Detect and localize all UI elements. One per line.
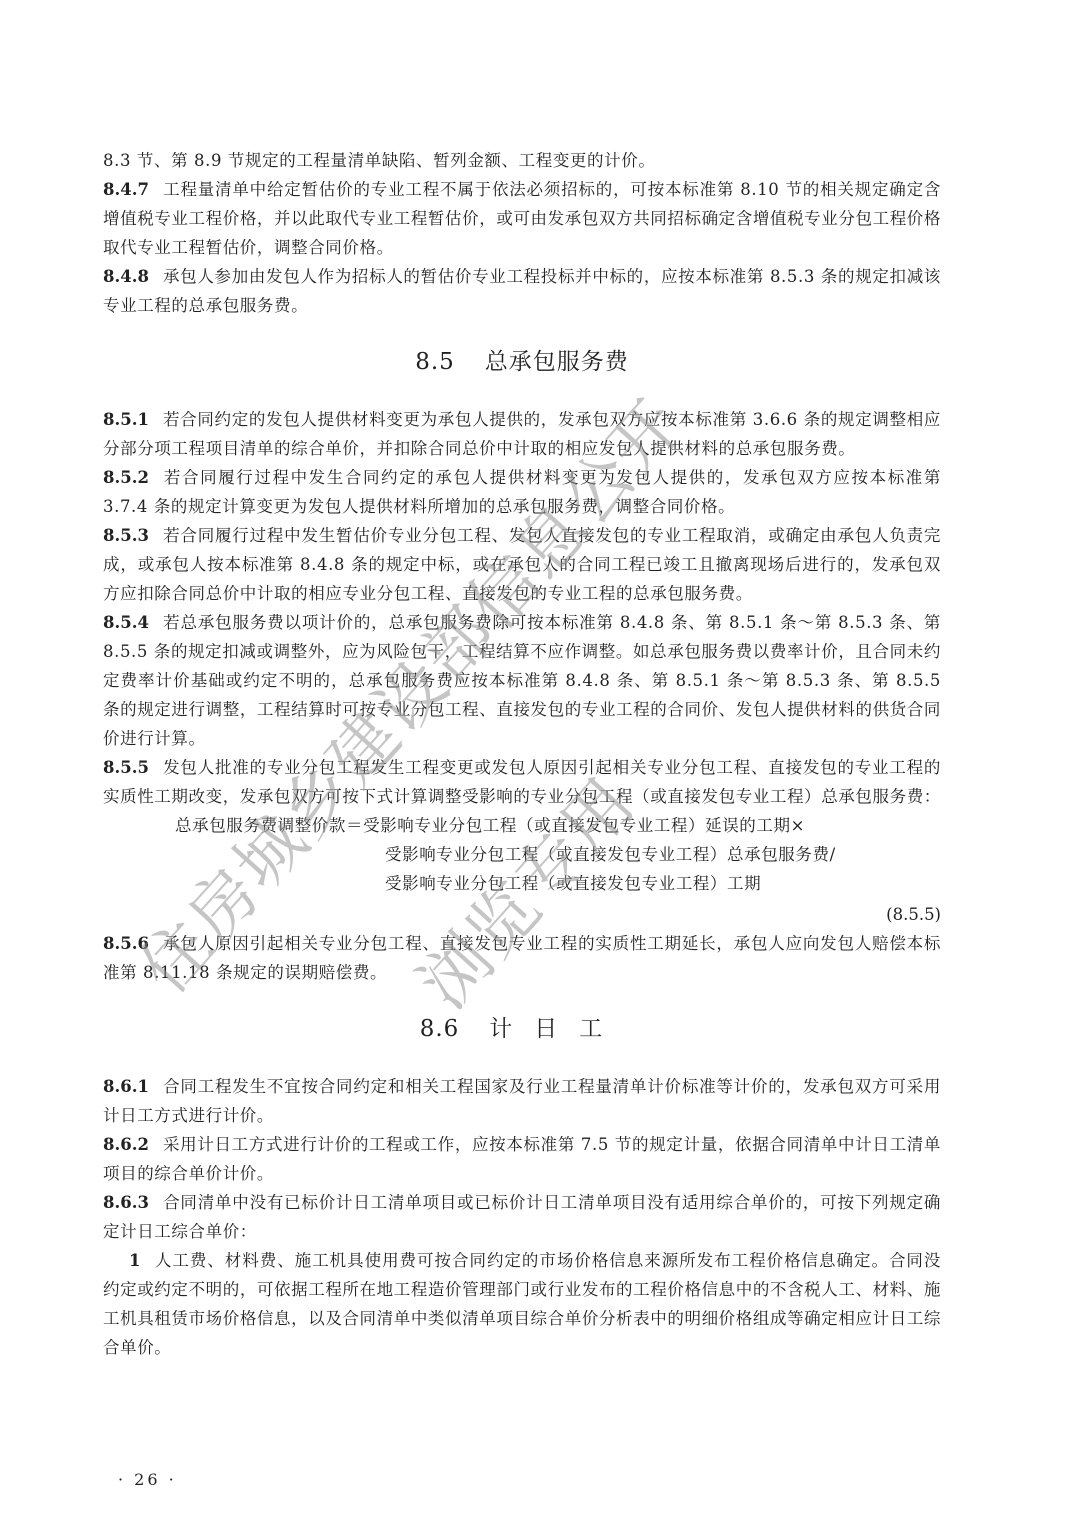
- paragraph-text: 8.3 节、第 8.9 节规定的工程量清单缺陷、暂列金额、工程变更的计价。: [103, 151, 655, 170]
- clause-text: 工程量清单中给定暂估价的专业工程不属于依法必须招标的，可按本标准第 8.10 节…: [103, 180, 941, 257]
- clause-number: 8.5.1: [103, 410, 149, 429]
- clause-8-6-3: 8.6.3合同清单中没有已标价计日工清单项目或已标价计日工清单项目没有适用综合单…: [103, 1188, 941, 1246]
- clause-text: 发包人批准的专业分包工程发生工程变更或发包人原因引起相关专业分包工程、直接发包的…: [103, 758, 941, 806]
- section-heading-8-5: 8.5总承包服务费: [103, 347, 941, 377]
- clause-text: 若总承包服务费以项计价的，总承包服务费除可按本标准第 8.4.8 条、第 8.5…: [103, 613, 941, 748]
- clause-8-5-2: 8.5.2若合同履行过程中发生合同约定的承包人提供材料变更为发包人提供的，发承包…: [103, 463, 941, 521]
- clause-8-6-3-item-1: 1人工费、材料费、施工机具使用费可按合同约定的市场价格信息来源所发布工程价格信息…: [103, 1246, 941, 1362]
- formula-8-5-5: 总承包服务费调整价款＝受影响专业分包工程（或直接发包专业工程）延误的工期× 受影…: [103, 811, 941, 898]
- clause-text: 若合同履行过程中发生合同约定的承包人提供材料变更为发包人提供的，发承包双方应按本…: [103, 468, 941, 516]
- section-title: 总承包服务费: [485, 349, 629, 375]
- document-page: 8.3 节、第 8.9 节规定的工程量清单缺陷、暂列金额、工程变更的计价。 8.…: [103, 146, 941, 1362]
- clause-8-5-6: 8.5.6承包人原因引起相关专业分包工程、直接发包专业工程的实质性工期延长，承包…: [103, 929, 941, 987]
- clause-number: 8.5.3: [103, 526, 149, 545]
- clause-8-4-7: 8.4.7工程量清单中给定暂估价的专业工程不属于依法必须招标的，可按本标准第 8…: [103, 175, 941, 262]
- clause-number: 8.5.2: [103, 468, 149, 487]
- formula-line-3: 受影响专业分包工程（或直接发包专业工程）工期: [103, 869, 941, 898]
- clause-text: 合同工程发生不宜按合同约定和相关工程国家及行业工程量清单计价标准等计价的，发承包…: [103, 1077, 941, 1125]
- clause-8-5-3: 8.5.3若合同履行过程中发生暂估价专业分包工程、发包人直接发包的专业工程取消，…: [103, 521, 941, 608]
- section-title: 计日工: [489, 1016, 624, 1042]
- clause-text: 承包人原因引起相关专业分包工程、直接发包专业工程的实质性工期延长，承包人应向发包…: [103, 934, 941, 982]
- clause-8-5-1: 8.5.1若合同约定的发包人提供材料变更为承包人提供的，发承包双方应按本标准第 …: [103, 405, 941, 463]
- clause-text: 若合同约定的发包人提供材料变更为承包人提供的，发承包双方应按本标准第 3.6.6…: [103, 410, 941, 458]
- clause-8-5-4: 8.5.4若总承包服务费以项计价的，总承包服务费除可按本标准第 8.4.8 条、…: [103, 608, 941, 753]
- clause-text: 若合同履行过程中发生暂估价专业分包工程、发包人直接发包的专业工程取消，或确定由承…: [103, 526, 941, 603]
- clause-8-6-1: 8.6.1合同工程发生不宜按合同约定和相关工程国家及行业工程量清单计价标准等计价…: [103, 1072, 941, 1130]
- clause-text: 采用计日工方式进行计价的工程或工作，应按本标准第 7.5 节的规定计量，依据合同…: [103, 1135, 941, 1183]
- page-number: · 26 ·: [118, 1470, 177, 1489]
- clause-number: 8.4.8: [103, 267, 149, 286]
- item-text: 人工费、材料费、施工机具使用费可按合同约定的市场价格信息来源所发布工程价格信息确…: [103, 1251, 941, 1357]
- clause-number: 8.4.7: [103, 180, 149, 199]
- clause-8-4-8: 8.4.8承包人参加由发包人作为招标人的暂估价专业工程投标并中标的，应按本标准第…: [103, 262, 941, 320]
- clause-number: 8.5.5: [103, 758, 149, 777]
- section-number: 8.6: [420, 1016, 460, 1042]
- formula-line-2: 受影响专业分包工程（或直接发包专业工程）总承包服务费/: [103, 840, 941, 869]
- item-number: 1: [129, 1251, 140, 1270]
- clause-number: 8.5.6: [103, 934, 149, 953]
- clause-number: 8.6.1: [103, 1077, 149, 1096]
- equation-number: (8.5.5): [103, 900, 941, 929]
- clause-number: 8.6.2: [103, 1135, 149, 1154]
- clause-text: 合同清单中没有已标价计日工清单项目或已标价计日工清单项目没有适用综合单价的，可按…: [103, 1193, 941, 1241]
- section-number: 8.5: [415, 349, 455, 375]
- carry-over-paragraph: 8.3 节、第 8.9 节规定的工程量清单缺陷、暂列金额、工程变更的计价。: [103, 146, 941, 175]
- section-heading-8-6: 8.6计日工: [103, 1014, 941, 1044]
- formula-line-1: 总承包服务费调整价款＝受影响专业分包工程（或直接发包专业工程）延误的工期×: [103, 811, 941, 840]
- clause-8-5-5: 8.5.5发包人批准的专业分包工程发生工程变更或发包人原因引起相关专业分包工程、…: [103, 753, 941, 811]
- clause-number: 8.6.3: [103, 1193, 149, 1212]
- clause-number: 8.5.4: [103, 613, 149, 632]
- clause-text: 承包人参加由发包人作为招标人的暂估价专业工程投标并中标的，应按本标准第 8.5.…: [103, 267, 941, 315]
- clause-8-6-2: 8.6.2采用计日工方式进行计价的工程或工作，应按本标准第 7.5 节的规定计量…: [103, 1130, 941, 1188]
